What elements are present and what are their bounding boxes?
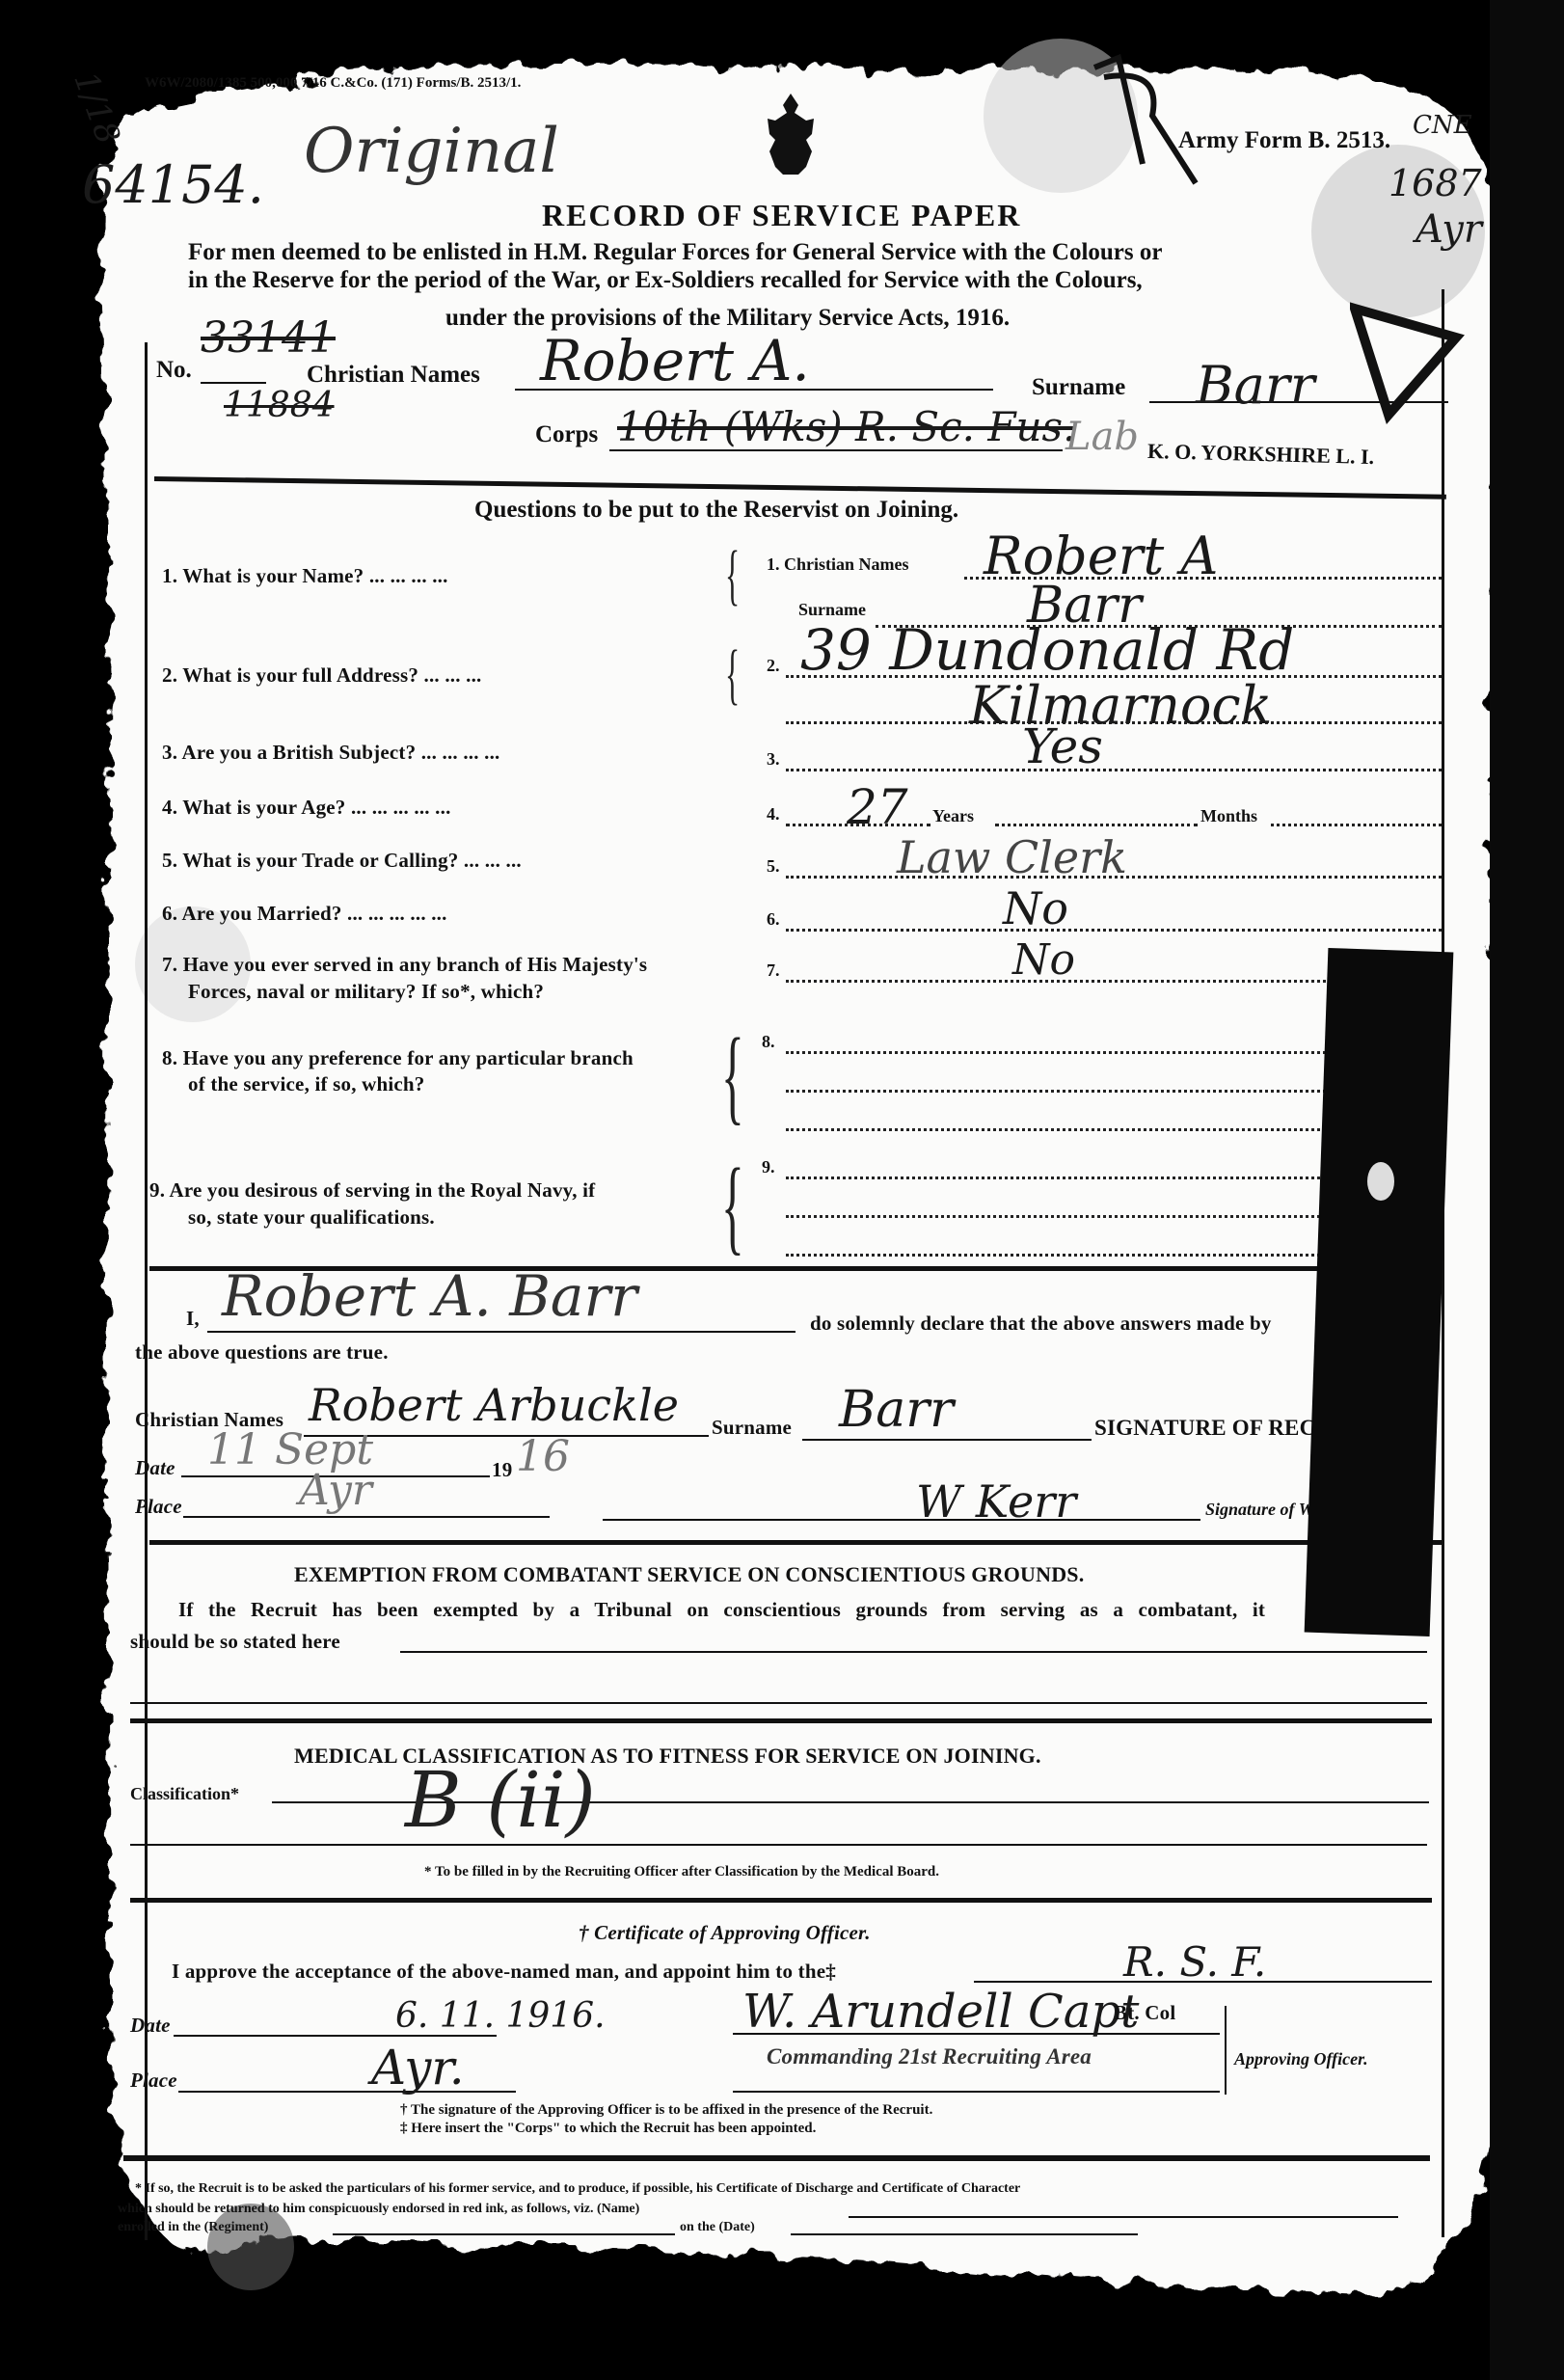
certificate-date-label: Date (130, 2014, 171, 2038)
form-print-line: W6W/2080/1385 500,000 7/16 C.&Co. (171) … (145, 75, 521, 92)
approving-officer-label: Approving Officer. (1234, 2049, 1368, 2069)
question-7-line-2: Forces, naval or military? If so*, which… (188, 980, 544, 1004)
witness-signature-line (603, 1519, 1200, 1521)
royal-crest-icon (762, 92, 820, 183)
answer-4-age[interactable]: 27 (847, 779, 908, 835)
certificate-heading: † Certificate of Approving Officer. (579, 1921, 871, 1945)
question-8-line-2: of the service, if so, which? (188, 1072, 425, 1096)
declaration-place-value[interactable]: Ayr (299, 1466, 372, 1515)
tape-hole (1367, 1162, 1394, 1201)
brace: { (725, 542, 740, 609)
army-form-label: Army Form B. 2513. (1178, 127, 1390, 154)
declaration-text-1: do solemnly declare that the above answe… (810, 1312, 1272, 1336)
question-5: 5. What is your Trade or Calling? ... ..… (162, 849, 522, 873)
footnote-line-3b: on the (Date) (680, 2220, 755, 2235)
footnote-date-line (791, 2233, 1138, 2235)
questions-heading: Questions to be put to the Reservist on … (474, 497, 958, 524)
declaration-place-line (183, 1516, 550, 1518)
christian-names-label: Christian Names (307, 362, 480, 389)
declaration-signature[interactable]: Robert A. Barr (222, 1263, 637, 1329)
answer-3-label: 3. (767, 749, 780, 770)
declaration-year-suffix: 16 (516, 1432, 570, 1481)
triangle-mark-icon (1350, 299, 1466, 424)
question-9-line-2: so, state your qualifications. (188, 1205, 435, 1230)
border-left (145, 342, 148, 2240)
question-2: 2. What is your full Address? ... ... ..… (162, 663, 481, 688)
annotation-number: 1687 (1389, 162, 1482, 204)
certificate-place-value[interactable]: Ayr. (371, 2040, 465, 2096)
declaration-surname-value[interactable]: Barr (839, 1381, 954, 1439)
subtitle-line-2: in the Reserve for the period of the War… (188, 267, 1143, 294)
corps-label: Corps (535, 421, 598, 448)
declaration-i-label: I, (186, 1307, 200, 1331)
officer-signature-line-2 (733, 2091, 1220, 2093)
brace: { (721, 1152, 744, 1258)
exemption-line-1 (400, 1651, 1427, 1653)
answer-5-label: 5. (767, 856, 780, 877)
question-3: 3. Are you a British Subject? ... ... ..… (162, 741, 499, 765)
answer-6-line (786, 929, 1442, 932)
surname-value[interactable]: Barr (1196, 355, 1315, 416)
christian-names-value[interactable]: Robert A. (540, 328, 810, 393)
declaration-year-prefix: 19 (492, 1458, 512, 1482)
question-9: 9. Are you desirous of serving in the Ro… (149, 1178, 595, 1203)
classification-value[interactable]: B (ii) (405, 1755, 596, 1845)
answer-5-value[interactable]: Law Clerk (897, 831, 1127, 883)
officer-stamp: Commanding 21st Recruiting Area (767, 2044, 1092, 2069)
declaration-surname-line (802, 1439, 1092, 1441)
exemption-rule (130, 1718, 1432, 1723)
answer-8-label: 8. (762, 1032, 775, 1052)
answer-4-months-line (995, 824, 1198, 826)
corner-check-mark-icon (1085, 48, 1210, 193)
question-8: 8. Have you any preference for any parti… (162, 1046, 634, 1070)
question-4: 4. What is your Age? ... ... ... ... ... (162, 796, 451, 820)
answer-6-value[interactable]: No (1003, 882, 1068, 934)
appointed-corps-value[interactable]: R. S. F. (1123, 1938, 1266, 1986)
months-label: Months (1200, 806, 1257, 826)
right-margin (1490, 0, 1564, 2380)
declaration-place-label: Place (135, 1495, 182, 1519)
years-label: Years (932, 806, 974, 826)
answer-7-value[interactable]: No (1012, 935, 1075, 985)
footnote-line-2: which should be returned to him conspicu… (118, 2202, 639, 2217)
brace: { (721, 1022, 744, 1128)
answer-3-line (786, 769, 1442, 771)
certificate-place-line (178, 2091, 516, 2093)
classification-label: Classification* (130, 1784, 239, 1804)
certificate-rule (123, 2155, 1430, 2161)
exemption-text-2: should be so stated here (130, 1630, 340, 1654)
classification-note: * To be filled in by the Recruiting Offi… (424, 1864, 939, 1880)
answer-2-label: 2. (767, 656, 780, 676)
subtitle-line-1: For men deemed to be enlisted in H.M. Re… (188, 239, 1162, 266)
answer-2-address-line-2[interactable]: Kilmarnock (969, 675, 1272, 736)
no-value-secondary: 11884 (224, 386, 335, 425)
declaration-rule (149, 1540, 1442, 1545)
question-6: 6. Are you Married? ... ... ... ... ... (162, 902, 447, 926)
medical-rule (130, 1898, 1432, 1903)
annotation-place: Ayr (1416, 207, 1482, 252)
exemption-line-2 (130, 1702, 1427, 1704)
answer-9-label: 9. (762, 1157, 775, 1177)
declaration-text-2: the above questions are true. (135, 1340, 389, 1365)
corps-value-faint: Lab (1065, 415, 1139, 459)
corps-value[interactable]: 10th (Wks) R. Sc. Fus. (617, 403, 1075, 450)
officer-signature[interactable]: W. Arundell Capt (742, 1985, 1139, 2039)
answer-1-christian-names-label: 1. Christian Names (767, 554, 909, 575)
answer-4-months-line-2 (1271, 824, 1442, 826)
no-value: 33141 (201, 313, 336, 363)
annotation-ref-number: 64154. (82, 154, 264, 215)
question-7: 7. Have you ever served in any branch of… (162, 953, 647, 977)
classification-line-2 (130, 1844, 1427, 1846)
answer-6-label: 6. (767, 909, 780, 930)
exemption-heading: EXEMPTION FROM COMBATANT SERVICE ON CONS… (294, 1562, 1084, 1587)
brace: { (725, 641, 740, 709)
answer-4-label: 4. (767, 804, 780, 825)
certificate-approve-text: I approve the acceptance of the above-na… (172, 1960, 836, 1984)
declaration-surname-label: Surname (712, 1416, 792, 1440)
exemption-text-1: If the Recruit has been exempted by a Tr… (178, 1598, 1265, 1622)
answer-2-address-line-1[interactable]: 39 Dundonald Rd (800, 617, 1294, 683)
certificate-date-value[interactable]: 6. 11. 1916. (395, 1996, 606, 2036)
footnote-name-line (849, 2216, 1398, 2218)
officer-rank: Bt. Col (1114, 2001, 1175, 2025)
no-label: No. (156, 357, 192, 384)
answer-3-value[interactable]: Yes (1022, 718, 1103, 774)
declaration-christian-names-value[interactable]: Robert Arbuckle (309, 1379, 679, 1431)
certificate-place-label: Place (130, 2069, 177, 2093)
declaration-date-label: Date (135, 1456, 175, 1480)
scanned-document: W6W/2080/1385 500,000 7/16 C.&Co. (171) … (0, 0, 1564, 2380)
certificate-note-1: † The signature of the Approving Officer… (400, 2102, 932, 2119)
document-title: RECORD OF SERVICE PAPER (542, 198, 1021, 233)
footnote-line-1: * If so, the Recruit is to be asked the … (135, 2181, 1020, 2197)
witness-signature[interactable]: W Kerr (916, 1475, 1076, 1528)
annotation-original: Original (304, 116, 559, 187)
annotation-code: CNE (1413, 111, 1472, 140)
question-1: 1. What is your Name? ... ... ... ... (162, 564, 448, 588)
tape-strip (1305, 948, 1454, 1636)
surname-label: Surname (1032, 374, 1125, 401)
answer-7-label: 7. (767, 960, 780, 981)
officer-bracket (1217, 2006, 1227, 2095)
footnote-regiment-line (333, 2233, 675, 2235)
footnote-line-3a: enrolled in the (Regiment) (118, 2220, 268, 2235)
no-field-line (201, 382, 266, 384)
certificate-note-2: ‡ Here insert the "Corps" to which the R… (400, 2121, 816, 2137)
declaration-signature-line (207, 1331, 795, 1333)
